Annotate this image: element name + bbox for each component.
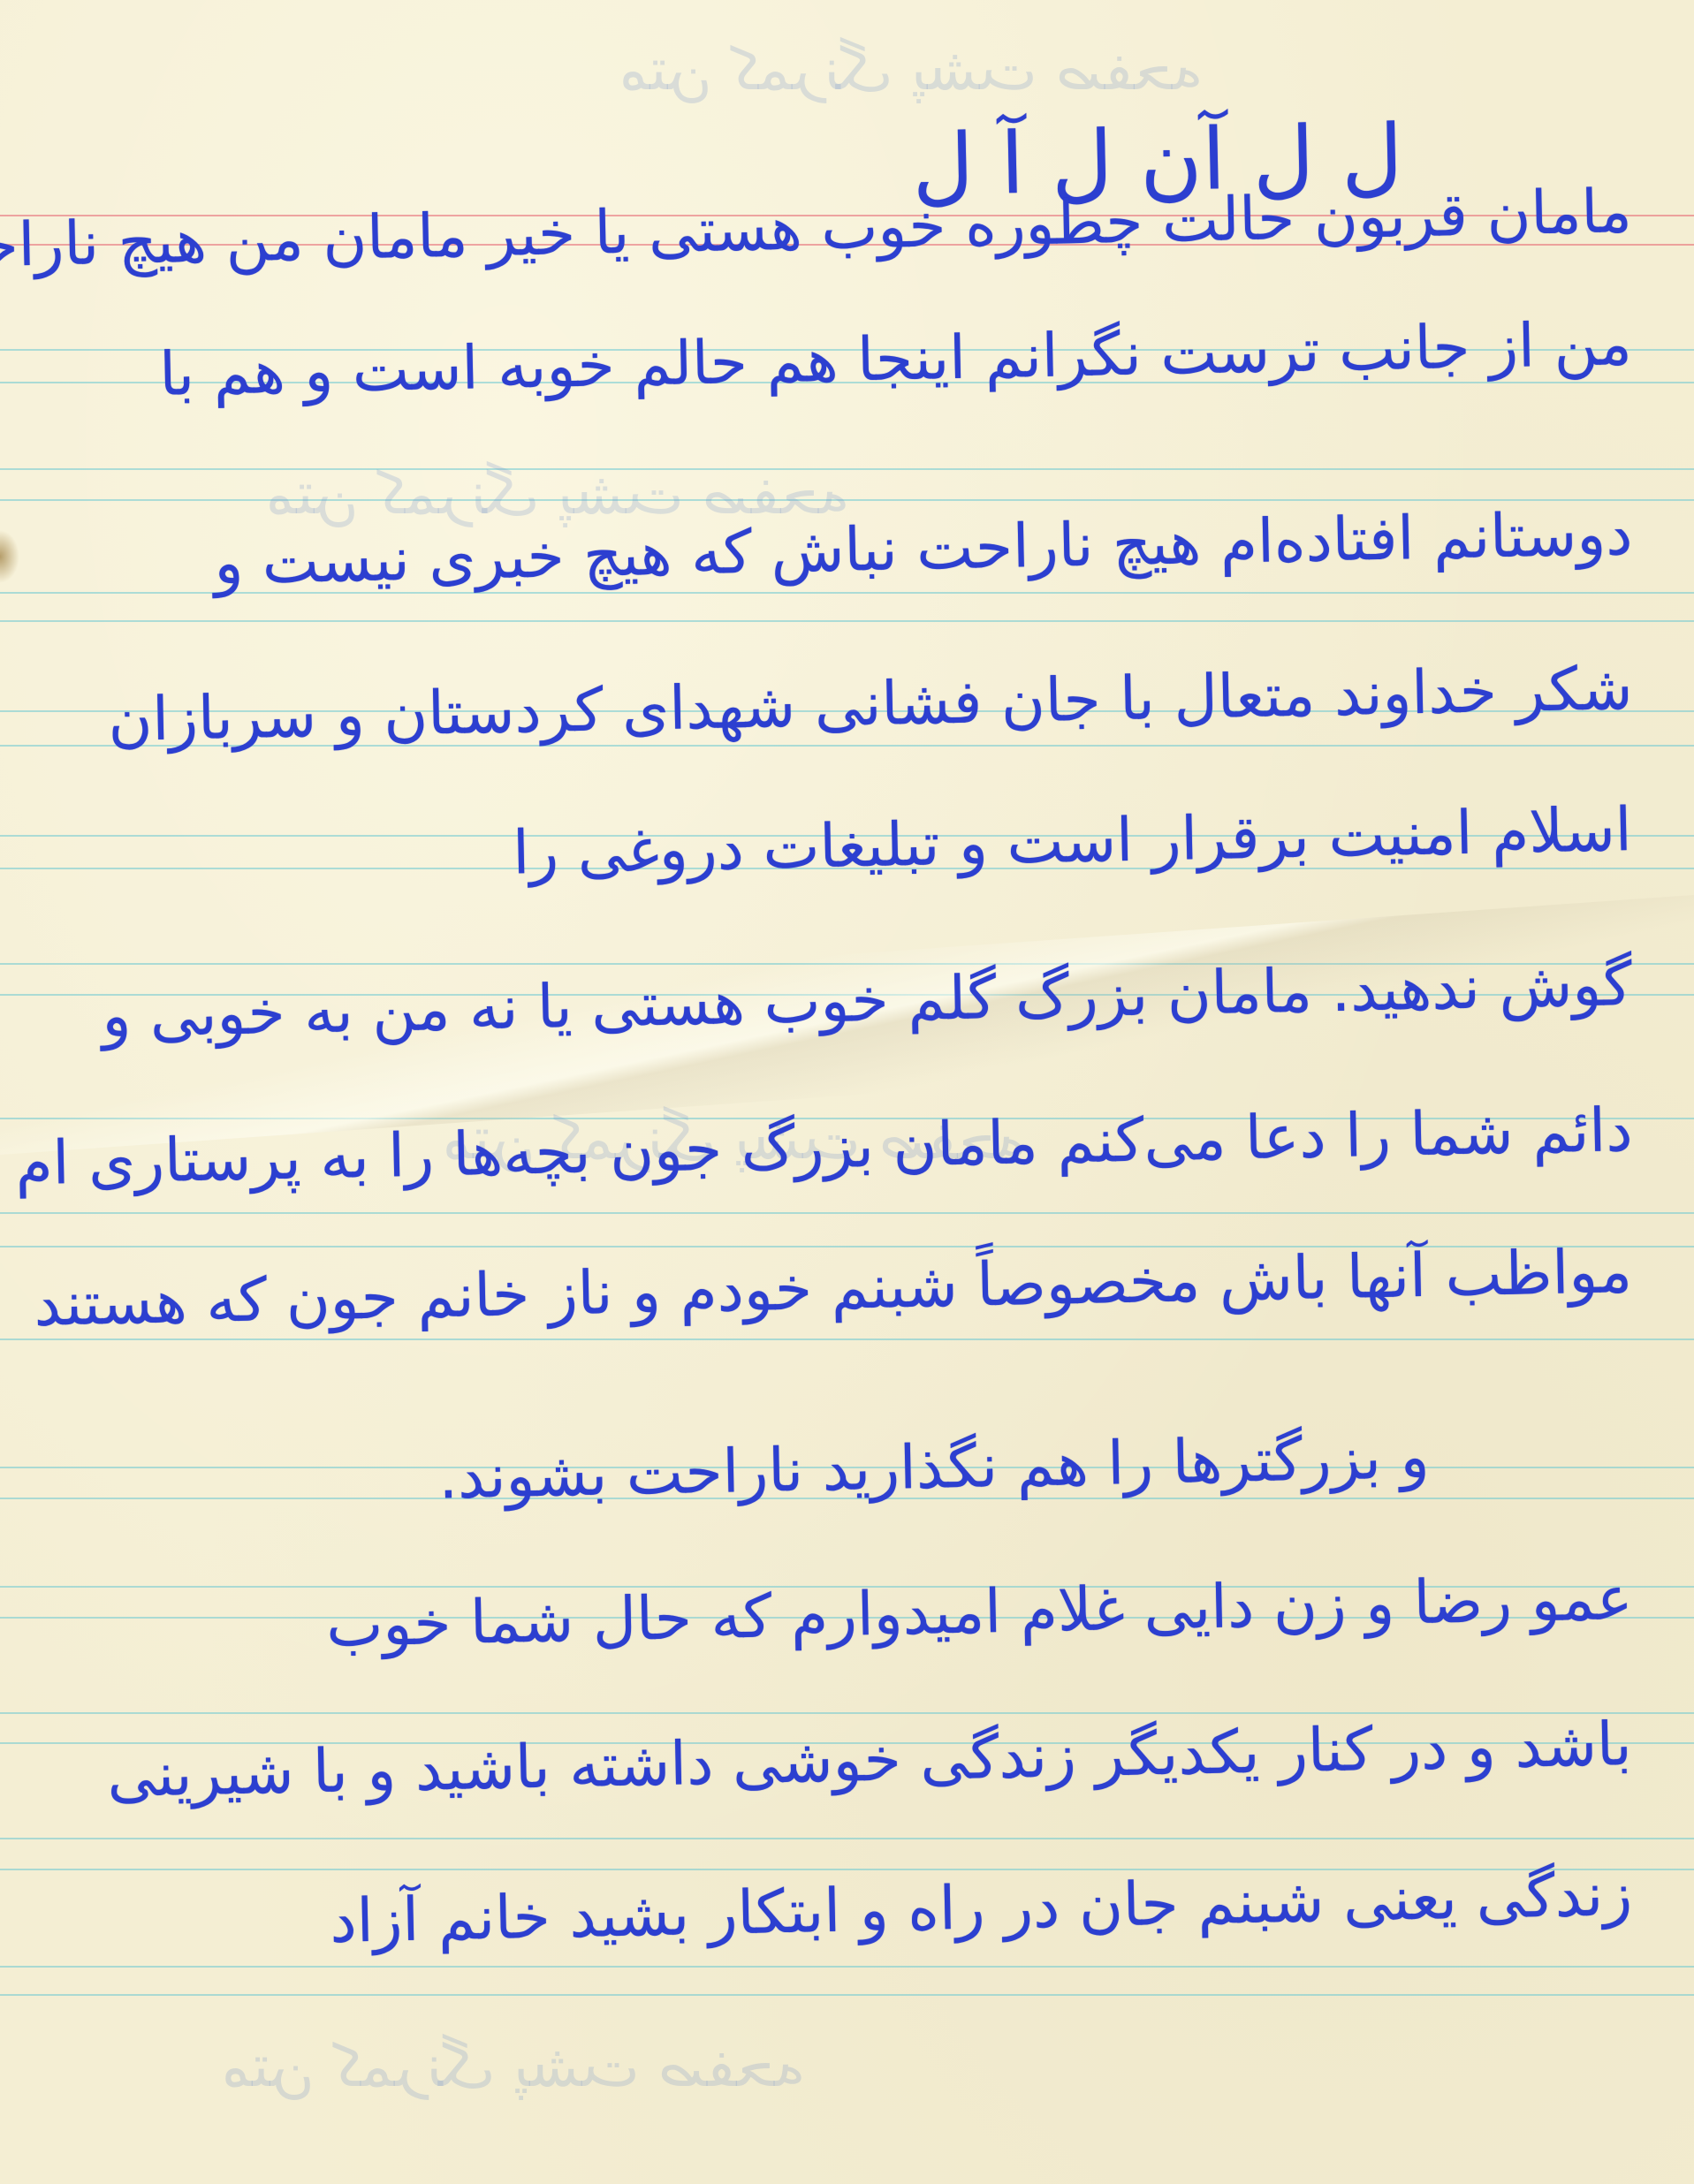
letter-line: من از جانب ترست نگرانم اینجا هم حالم خوب… — [159, 309, 1633, 410]
letter-line: دائم شما را دعا می‌کنم مامان بزرگ جون بچ… — [14, 1096, 1633, 1199]
letter-line: دوستانم افتاده‌ام هیچ ناراحت نباش که هیچ… — [213, 499, 1633, 599]
letter-line: و بزرگترها را هم نگذارید ناراحت بشوند. — [437, 1422, 1430, 1513]
letter-line: گوش ندهید. مامان بزرگ گلم خوب هستی یا نه… — [102, 950, 1633, 1051]
letter-line: عمو رضا و زن دایی غلام امیدوارم که حال ش… — [325, 1564, 1633, 1661]
handwritten-letter: ل ل آن ل آ ل مامان قربون حالت چطوره خوب … — [0, 0, 1694, 2184]
letter-line: مواظب آنها باش مخصوصاً شبنم خودم و ناز خ… — [34, 1237, 1633, 1340]
letter-line: باشد و در کنار یکدیگر زندگی خوشی داشته ب… — [107, 1710, 1633, 1811]
letter-line: شکر خداوند متعال با جان فشانی شهدای کردس… — [107, 654, 1633, 755]
letter-line: مامان قربون حالت چطوره خوب هستی یا خیر م… — [0, 177, 1633, 283]
letter-page: متن کمرنگ پشت صفحه متن کمرنگ پشت صفحه مت… — [0, 0, 1694, 2184]
letter-line: زندگی یعنی شبنم جان در راه و ابتکار بشید… — [330, 1860, 1633, 1957]
letter-line: اسلام امنیت برقرار است و تبلیغات دروغی ر… — [513, 795, 1633, 889]
